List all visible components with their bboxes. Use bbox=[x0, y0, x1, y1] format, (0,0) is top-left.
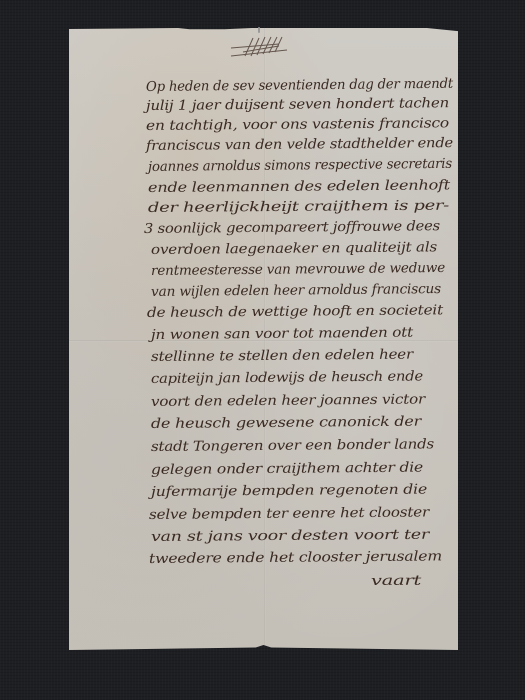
manuscript-line: selve bempden ter eenre het clooster bbox=[149, 504, 429, 523]
manuscript-line: julij 1 jaer duijsent seven hondert tach… bbox=[146, 95, 449, 114]
manuscript-line: der heerlijckheijt craijthem is per- bbox=[148, 198, 449, 216]
manuscript-line: jufermarije bempden regenoten die bbox=[151, 482, 427, 500]
manuscript-line: de heusch gewesene canonick der bbox=[151, 414, 421, 432]
pin-mark bbox=[258, 27, 260, 33]
manuscript-line: en tachtigh, voor ons vastenis francisco bbox=[146, 115, 449, 134]
manuscript-line: jn wonen san voor tot maenden ott bbox=[151, 325, 413, 343]
manuscript-line: stadt Tongeren over een bonder lands bbox=[151, 436, 434, 455]
manuscript-line: overdoen laegenaeker en qualiteijt als bbox=[151, 239, 437, 258]
manuscript-line: van wijlen edelen heer arnoldus francisc… bbox=[151, 281, 441, 300]
manuscript-page: Op heden de sev seventienden dag der mae… bbox=[69, 28, 458, 650]
manuscript-line: gelegen onder craijthem achter die bbox=[151, 460, 423, 478]
manuscript-line: tweedere ende het clooster jerusalem bbox=[149, 548, 442, 567]
manuscript-line: vaart bbox=[371, 573, 421, 589]
manuscript-line: Op heden de sev seventienden dag der mae… bbox=[146, 76, 453, 95]
manuscript-line: 3 soonlijck gecompareert joffrouwe dees bbox=[144, 218, 440, 237]
manuscript-line: capiteijn jan lodewijs de heusch ende bbox=[151, 368, 423, 387]
manuscript-line: stellinne te stellen den edelen heer bbox=[151, 347, 413, 365]
manuscript-line: voort den edelen heer joannes victor bbox=[151, 391, 425, 410]
manuscript-line: de heusch de wettige hooft en societeit bbox=[147, 302, 443, 321]
hatch-mark-icon bbox=[229, 34, 289, 58]
manuscript-line: van st jans voor desten voort ter bbox=[151, 527, 429, 545]
manuscript-line: ende leenmannen des edelen leenhoft bbox=[148, 177, 450, 196]
manuscript-line: franciscus van den velde stadthelder end… bbox=[146, 135, 453, 154]
manuscript-line: rentmeesteresse van mevrouwe de weduwe bbox=[151, 260, 445, 279]
manuscript-line: joannes arnoldus simons respective secre… bbox=[148, 156, 452, 175]
